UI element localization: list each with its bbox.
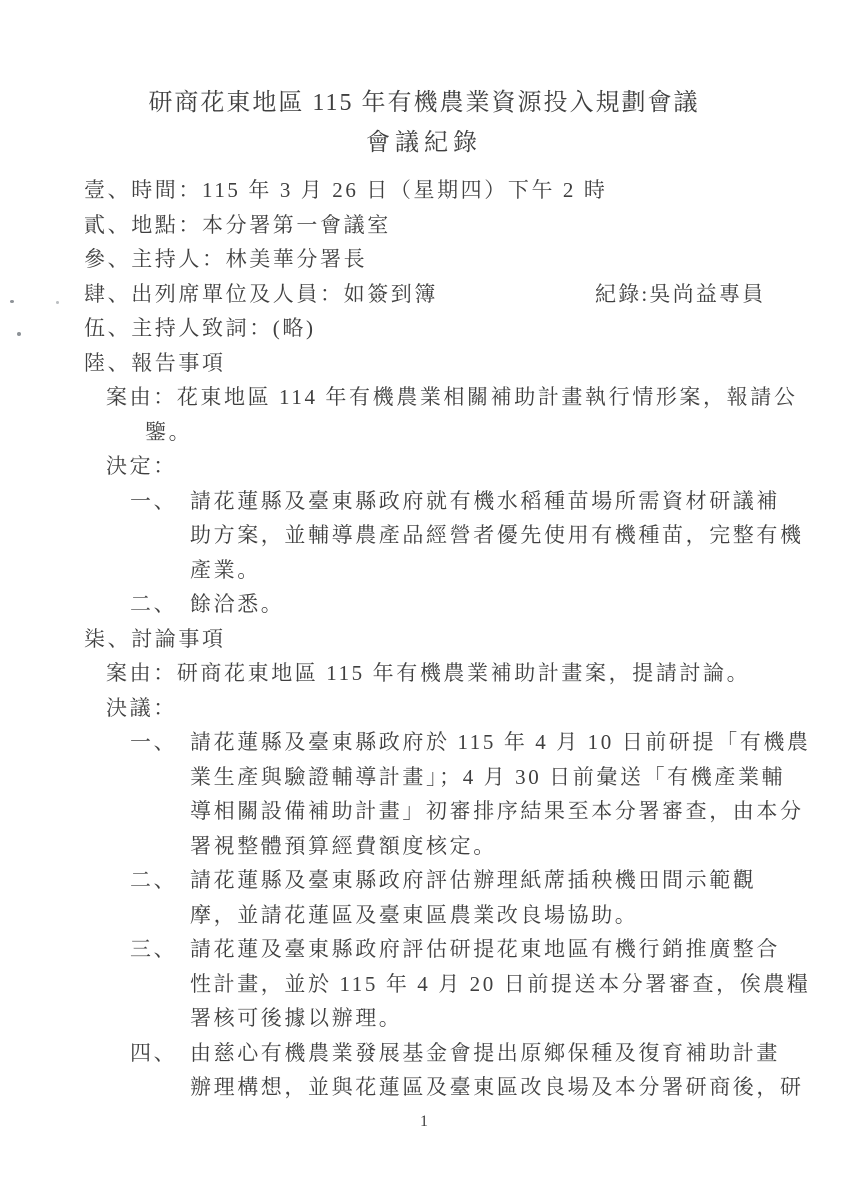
list-item-line: 業生產與驗證輔導計畫」；4 月 30 日前彙送「有機產業輔	[84, 760, 794, 795]
case-text: 研商花東地區 115 年有機農業補助計畫案，提請討論。	[177, 661, 750, 685]
case-paragraph-line: 案由：花東地區 114 年有機農業相關補助計畫執行情形案，報請公	[84, 380, 794, 415]
page-number: 1	[0, 1113, 848, 1131]
list-item-text: 請花蓮縣及臺東縣政府就有機水稻種苗場所需資材研議補	[190, 489, 780, 513]
list-item-text: 請花蓮及臺東縣政府評估研提花東地區有機行銷推廣整合	[190, 937, 780, 961]
list-item-marker: 四、	[130, 1036, 177, 1071]
case-label: 案由：	[106, 661, 177, 685]
case-paragraph-line: 案由：研商花東地區 115 年有機農業補助計畫案，提請討論。	[84, 656, 794, 691]
list-item-text: 請花蓮縣及臺東縣政府評估辦理紙蓆插秧機田間示範觀	[190, 868, 756, 892]
list-item-marker: 一、	[130, 725, 177, 760]
list-item-line: 產業。	[84, 553, 794, 588]
meta-line-chair: 參、主持人：林美華分署長	[84, 242, 794, 277]
list-item-line: 助方案，並輔導農產品經營者優先使用有機種苗，完整有機	[84, 518, 794, 553]
doc-title: 研商花東地區 115 年有機農業資源投入規劃會議	[0, 82, 848, 117]
list-item-line: 性計畫，並於 115 年 4 月 20 日前提送本分署審查，俟農糧	[84, 967, 794, 1002]
list-item-text: 餘洽悉。	[190, 592, 284, 616]
list-item-line: 一、請花蓮縣及臺東縣政府於 115 年 4 月 10 日前研提「有機農	[84, 725, 794, 760]
list-item-line: 辦理構想，並與花蓮區及臺東區改良場及本分署研商後，研	[84, 1070, 794, 1105]
meta-line-time: 壹、時間：115 年 3 月 26 日（星期四）下午 2 時	[84, 173, 794, 208]
meta-line-remarks: 伍、主持人致詞：(略)	[84, 311, 794, 346]
section-heading-discussion: 柒、討論事項	[84, 622, 794, 657]
section-heading-reports: 陸、報告事項	[84, 346, 794, 381]
doc-subtitle: 會議紀錄	[0, 122, 848, 157]
decision-label: 決議：	[84, 691, 794, 726]
list-item-line: 導相關設備補助計畫」初審排序結果至本分署審查，由本分	[84, 794, 794, 829]
scan-speck	[10, 300, 14, 303]
list-item-line: 三、請花蓮及臺東縣政府評估研提花東地區有機行銷推廣整合	[84, 932, 794, 967]
meta-line-attendees: 肆、出列席單位及人員：如簽到簿 紀錄:吳尚益專員	[84, 277, 794, 312]
meta-attendees-text: 肆、出列席單位及人員：如簽到簿	[84, 282, 438, 306]
document-page: 研商花東地區 115 年有機農業資源投入規劃會議 會議紀錄 壹、時間：115 年…	[0, 0, 848, 1200]
list-item-line: 一、請花蓮縣及臺東縣政府就有機水稻種苗場所需資材研議補	[84, 484, 794, 519]
case-label: 案由：	[106, 385, 177, 409]
list-item-line: 二、餘洽悉。	[84, 587, 794, 622]
doc-body: 壹、時間：115 年 3 月 26 日（星期四）下午 2 時 貳、地點：本分署第…	[84, 173, 794, 1105]
recorder-note: 紀錄:吳尚益專員	[595, 277, 765, 312]
list-item-text: 由慈心有機農業發展基金會提出原鄉保種及復育補助計畫	[190, 1041, 780, 1065]
list-item-line: 四、由慈心有機農業發展基金會提出原鄉保種及復育補助計畫	[84, 1036, 794, 1071]
case-paragraph-line: 鑒。	[84, 415, 794, 450]
list-item-marker: 二、	[130, 863, 177, 898]
scan-speck	[56, 301, 59, 304]
list-item-line: 署核可後據以辦理。	[84, 1001, 794, 1036]
list-item-marker: 一、	[130, 484, 177, 519]
list-item-text: 請花蓮縣及臺東縣政府於 115 年 4 月 10 日前研提「有機農	[190, 730, 811, 754]
scan-speck	[17, 332, 21, 336]
list-item-marker: 二、	[130, 587, 177, 622]
list-item-marker: 三、	[130, 932, 177, 967]
list-item-line: 二、請花蓮縣及臺東縣政府評估辦理紙蓆插秧機田間示範觀	[84, 863, 794, 898]
list-item-line: 署視整體預算經費額度核定。	[84, 829, 794, 864]
list-item-line: 摩，並請花蓮區及臺東區農業改良場協助。	[84, 898, 794, 933]
meta-line-place: 貳、地點：本分署第一會議室	[84, 208, 794, 243]
case-text: 花東地區 114 年有機農業相關補助計畫執行情形案，報請公	[177, 385, 798, 409]
decision-label: 決定：	[84, 449, 794, 484]
